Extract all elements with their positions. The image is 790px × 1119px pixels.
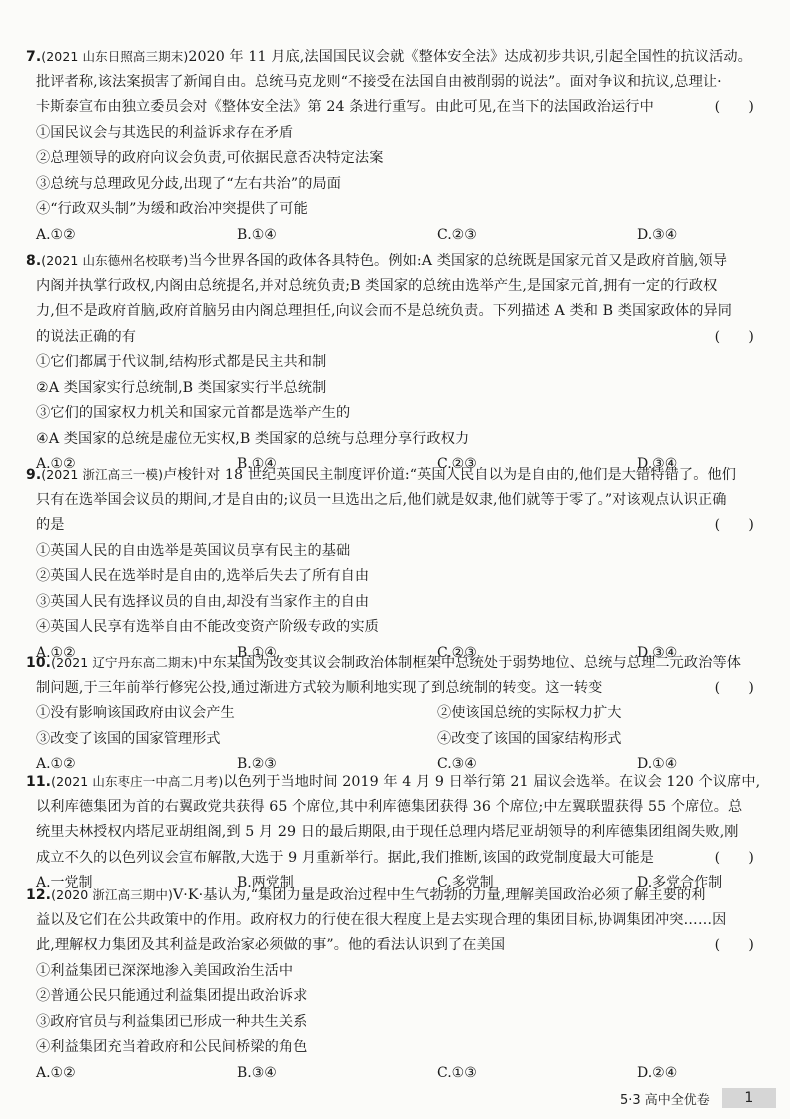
question-stem-line: 益以及它们在公共政策中的作用。政府权力的行使在很大程度上是去实现合理的集团目标,… bbox=[26, 908, 760, 934]
question-source: (2020 浙江高三期中) bbox=[51, 887, 173, 902]
page-number: 1 bbox=[722, 1088, 776, 1108]
question-number: 9. bbox=[26, 467, 41, 483]
stem-text: 成立不久的以色列议会宣布解散,大选于 9 月重新举行。据此,我们推断,该国的政党… bbox=[36, 850, 654, 866]
stem-text: 当今世界各国的政体各具特色。例如:A 类国家的总统既是国家元首又是政府首脑,领导 bbox=[188, 253, 727, 269]
question-stem-line: 卡斯泰宣布由独立委员会对《整体安全法》第 24 条进行重写。由此可见,在当下的法… bbox=[26, 95, 760, 121]
statement-row: ③改变了该国的国家管理形式 ④改变了该国的国家结构形式 bbox=[26, 727, 760, 753]
question-9: 9.(2021 浙江高三一模)卢梭针对 18 世纪英国民主制度评价道:“英国人民… bbox=[26, 462, 760, 666]
question-stem-line: 8.(2021 山东德州名校联考)当今世界各国的政体各具特色。例如:A 类国家的… bbox=[26, 248, 760, 274]
stem-text: 中东某国为改变其议会制政治体制框架中总统处于弱势地位、总统与总理二元政治等体 bbox=[198, 655, 741, 671]
question-7: 7.(2021 山东日照高三期末)2020 年 11 月底,法国国民议会就《整体… bbox=[26, 44, 760, 248]
statement: ④英国人民享有选举自由不能改变资产阶级专政的实质 bbox=[26, 615, 760, 641]
question-stem-line: 力,但不是政府首脑,政府首脑另由内阁总理担任,向议会而不是总统负责。下列描述 A… bbox=[26, 299, 760, 325]
question-8: 8.(2021 山东德州名校联考)当今世界各国的政体各具特色。例如:A 类国家的… bbox=[26, 248, 760, 478]
option-b[interactable]: B.①④ bbox=[237, 223, 277, 249]
question-number: 10. bbox=[26, 655, 51, 671]
question-number: 8. bbox=[26, 253, 41, 269]
stem-text: 以色列于当地时间 2019 年 4 月 9 日举行第 21 届议会选举。在议会 … bbox=[223, 774, 760, 790]
option-a[interactable]: A.①② bbox=[36, 223, 76, 249]
question-stem-line: 的是 ( ) bbox=[26, 513, 760, 539]
question-stem-line: 成立不久的以色列议会宣布解散,大选于 9 月重新举行。据此,我们推断,该国的政党… bbox=[26, 846, 760, 872]
answer-blank[interactable]: ( ) bbox=[715, 846, 754, 872]
stem-text: 制问题,于三年前举行修宪公投,通过渐进方式较为顺利地实现了到总统制的转变。这一转… bbox=[36, 680, 602, 696]
question-stem-line: 11.(2021 山东枣庄一中高二月考)以色列于当地时间 2019 年 4 月 … bbox=[26, 769, 760, 795]
option-d[interactable]: D.③④ bbox=[637, 223, 677, 249]
statement: ④“行政双头制”为缓和政治冲突提供了可能 bbox=[26, 197, 760, 223]
statement: ④改变了该国的国家结构形式 bbox=[437, 727, 621, 753]
statement: ②英国人民在选举时是自由的,选举后失去了所有自由 bbox=[26, 564, 760, 590]
option-b[interactable]: B.③④ bbox=[237, 1061, 277, 1087]
question-stem-line: 内阁并执掌行政权,内阁由总统提名,并对总统负责;B 类国家的总统由选举产生,是国… bbox=[26, 274, 760, 300]
question-number: 7. bbox=[26, 49, 41, 65]
statement: ③总统与总理政见分歧,出现了“左右共治”的局面 bbox=[26, 172, 760, 198]
question-number: 11. bbox=[26, 774, 51, 790]
answer-options: A.①② B.①④ C.②③ D.③④ bbox=[26, 223, 760, 249]
option-c[interactable]: C.①③ bbox=[437, 1061, 477, 1087]
question-stem-line: 7.(2021 山东日照高三期末)2020 年 11 月底,法国国民议会就《整体… bbox=[26, 44, 760, 70]
question-source: (2021 山东德州名校联考) bbox=[41, 253, 188, 268]
question-stem-line: 此,理解权力集团及其利益是政治家必须做的事”。他的看法认识到了在美国 ( ) bbox=[26, 933, 760, 959]
question-source: (2021 山东枣庄一中高二月考) bbox=[51, 774, 223, 789]
exam-page: 7.(2021 山东日照高三期末)2020 年 11 月底,法国国民议会就《整体… bbox=[0, 0, 790, 1119]
option-a[interactable]: A.①② bbox=[36, 1061, 76, 1087]
question-stem-line: 的说法正确的有 ( ) bbox=[26, 325, 760, 351]
question-number: 12. bbox=[26, 887, 51, 903]
answer-blank[interactable]: ( ) bbox=[715, 95, 754, 121]
statement: ③它们的国家权力机关和国家元首都是选举产生的 bbox=[26, 401, 760, 427]
question-stem-line: 只有在选举国会议员的期间,才是自由的;议员一旦选出之后,他们就是奴隶,他们就等于… bbox=[26, 488, 760, 514]
statement: ②总理领导的政府向议会负责,可依据民意否决特定法案 bbox=[26, 146, 760, 172]
statement: ③政府官员与利益集团已形成一种共生关系 bbox=[26, 1010, 760, 1036]
question-stem-line: 批评者称,该法案损害了新闻自由。总统马克龙则“不接受在法国自由被削弱的说法”。面… bbox=[26, 70, 760, 96]
statement: ①国民议会与其选民的利益诉求存在矛盾 bbox=[26, 121, 760, 147]
question-stem-line: 制问题,于三年前举行修宪公投,通过渐进方式较为顺利地实现了到总统制的转变。这一转… bbox=[26, 676, 760, 702]
question-stem-line: 10.(2021 辽宁丹东高二期末)中东某国为改变其议会制政治体制框架中总统处于… bbox=[26, 650, 760, 676]
stem-text: 卢梭针对 18 世纪英国民主制度评价道:“英国人民自以为是自由的,他们是大错特错… bbox=[163, 467, 736, 483]
option-c[interactable]: C.②③ bbox=[437, 223, 477, 249]
question-stem-line: 9.(2021 浙江高三一模)卢梭针对 18 世纪英国民主制度评价道:“英国人民… bbox=[26, 462, 760, 488]
answer-blank[interactable]: ( ) bbox=[715, 933, 754, 959]
statement: ①利益集团已深深地渗入美国政治生活中 bbox=[26, 959, 760, 985]
stem-text: 2020 年 11 月底,法国国民议会就《整体安全法》达成初步共识,引起全国性的… bbox=[188, 49, 752, 65]
statement: ①没有影响该国政府由议会产生 bbox=[36, 701, 235, 727]
statement: ③改变了该国的国家管理形式 bbox=[36, 727, 220, 753]
answer-blank[interactable]: ( ) bbox=[715, 513, 754, 539]
page-footer: 5·3 高中全优卷 1 bbox=[620, 1088, 776, 1108]
footer-brand: 5·3 高中全优卷 bbox=[620, 1089, 710, 1108]
statement: ②普通公民只能通过利益集团提出政治诉求 bbox=[26, 984, 760, 1010]
answer-options: A.①② B.③④ C.①③ D.②④ bbox=[26, 1061, 760, 1087]
question-source: (2021 浙江高三一模) bbox=[41, 467, 163, 482]
statement: ①英国人民的自由选举是英国议员享有民主的基础 bbox=[26, 539, 760, 565]
question-stem-line: 以利库德集团为首的右翼政党共获得 65 个席位,其中利库德集团获得 36 个席位… bbox=[26, 795, 760, 821]
answer-blank[interactable]: ( ) bbox=[715, 325, 754, 351]
statement: ①它们都属于代议制,结构形式都是民主共和制 bbox=[26, 350, 760, 376]
question-stem-line: 12.(2020 浙江高三期中)V·K·基认为,“集团力量是政治过程中生气勃勃的… bbox=[26, 882, 760, 908]
question-11: 11.(2021 山东枣庄一中高二月考)以色列于当地时间 2019 年 4 月 … bbox=[26, 769, 760, 897]
statement-row: ①没有影响该国政府由议会产生 ②使该国总统的实际权力扩大 bbox=[26, 701, 760, 727]
question-stem-line: 统里夫林授权内塔尼亚胡组阁,到 5 月 29 日的最后期限,由于现任总理内塔尼亚… bbox=[26, 820, 760, 846]
stem-text: 卡斯泰宣布由独立委员会对《整体安全法》第 24 条进行重写。由此可见,在当下的法… bbox=[36, 99, 654, 115]
statement: ②A 类国家实行总统制,B 类国家实行半总统制 bbox=[26, 376, 760, 402]
statement: ④利益集团充当着政府和公民间桥梁的角色 bbox=[26, 1035, 760, 1061]
option-d[interactable]: D.②④ bbox=[637, 1061, 677, 1087]
statement: ③英国人民有选择议员的自由,却没有当家作主的自由 bbox=[26, 590, 760, 616]
statement: ④A 类国家的总统是虚位无实权,B 类国家的总统与总理分享行政权力 bbox=[26, 427, 760, 453]
question-source: (2021 山东日照高三期末) bbox=[41, 49, 188, 64]
stem-text: 的说法正确的有 bbox=[36, 329, 136, 345]
question-12: 12.(2020 浙江高三期中)V·K·基认为,“集团力量是政治过程中生气勃勃的… bbox=[26, 882, 760, 1086]
stem-text: 的是 bbox=[36, 517, 65, 533]
stem-text: 此,理解权力集团及其利益是政治家必须做的事”。他的看法认识到了在美国 bbox=[36, 937, 505, 953]
statement: ②使该国总统的实际权力扩大 bbox=[437, 701, 621, 727]
answer-blank[interactable]: ( ) bbox=[715, 676, 754, 702]
stem-text: V·K·基认为,“集团力量是政治过程中生气勃勃的力量,理解美国政治必须了解主要的… bbox=[173, 887, 706, 903]
question-source: (2021 辽宁丹东高二期末) bbox=[51, 655, 198, 670]
question-10: 10.(2021 辽宁丹东高二期末)中东某国为改变其议会制政治体制框架中总统处于… bbox=[26, 650, 760, 778]
